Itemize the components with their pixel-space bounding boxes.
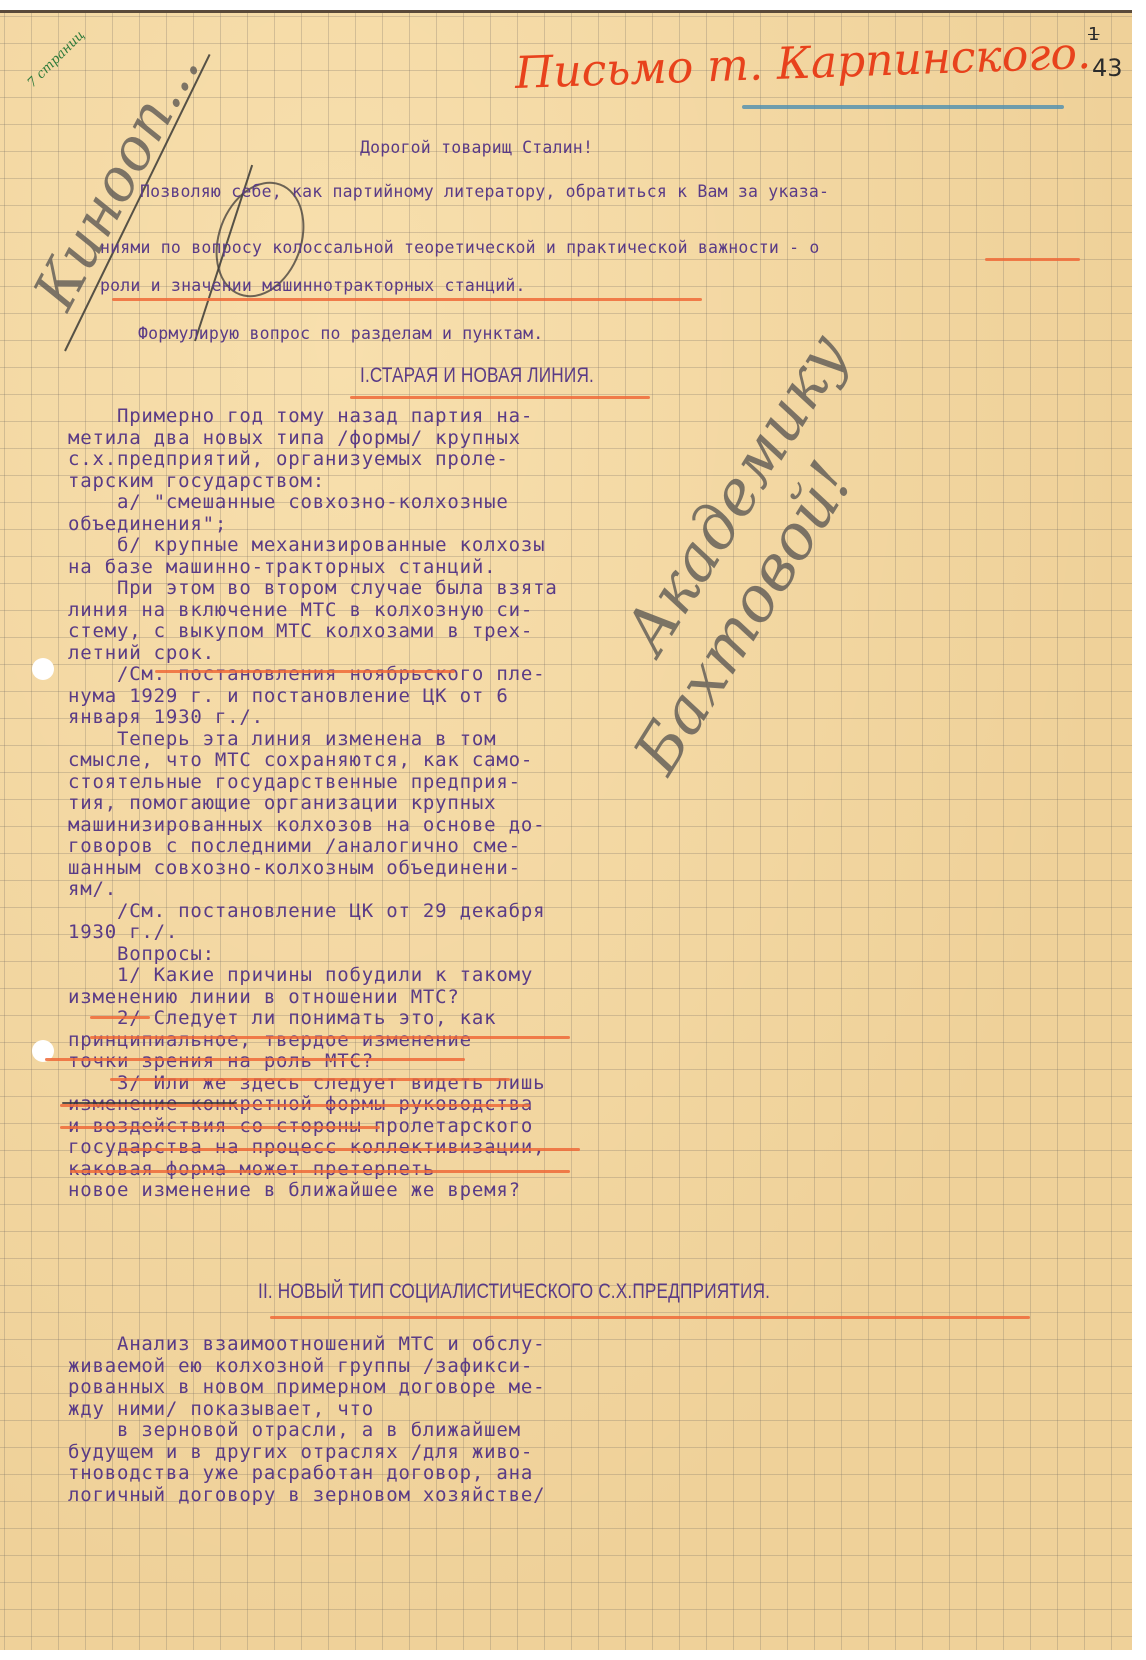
intro-line: Позволяю себе, как партийному литератору… <box>140 182 829 201</box>
document-page: 7 страниц Письмо т. Карпинского. 1 43 Ки… <box>0 10 1132 1650</box>
text-line: стоятельные государственные предприя- <box>68 772 558 794</box>
text-line: объединения"; <box>68 514 558 536</box>
text-line: При этом во втором случае была взята <box>68 578 558 600</box>
text-line: линия на включение МТС в колхозную си- <box>68 600 558 622</box>
text-line: летний срок. <box>68 643 558 665</box>
red-underline <box>350 396 650 399</box>
text-line: ям/. <box>68 879 558 901</box>
text-line: Теперь эта линия изменена в том <box>68 729 558 751</box>
section-1-body: Примерно год тому назад партия на- метил… <box>68 406 558 1202</box>
text-line: с.х.предприятий, организуемых проле- <box>68 449 558 471</box>
section-2-body: Анализ взаимоотношений МТС и обслу- жива… <box>68 1334 545 1506</box>
red-underline <box>985 258 1080 261</box>
punch-hole <box>32 658 54 680</box>
intro-line: роли и значении машиннотракторных станци… <box>100 276 526 295</box>
red-underline <box>120 1148 580 1151</box>
text-line: /См. постановления ноябрьского пле- <box>68 664 558 686</box>
text-line: метила два новых типа /формы/ крупных <box>68 428 558 450</box>
text-line: живаемой ею колхозной группы /зафикси- <box>68 1356 545 1378</box>
text-line: смысле, что МТС сохраняются, как само- <box>68 750 558 772</box>
text-line: изменению линии в отношении МТС? <box>68 987 558 1009</box>
text-line: а/ "смешанные совхозно-колхозные <box>68 492 558 514</box>
text-line: тия, помогающие организации крупных <box>68 793 558 815</box>
text-line: шанным совхозно-колхозным объединени- <box>68 858 558 880</box>
text-line: в зерновой отрасли, а в ближайшем <box>68 1420 545 1442</box>
text-line: тноводства уже расработан договор, ана <box>68 1463 545 1485</box>
red-underline <box>70 1170 570 1173</box>
text-line: принципиальное, твердое изменение <box>68 1030 558 1052</box>
text-line: стему, с выкупом МТС колхозами в трех- <box>68 621 558 643</box>
text-line: Анализ взаимоотношений МТС и обслу- <box>68 1334 545 1356</box>
text-line: новое изменение в ближайшее же время? <box>68 1180 558 1202</box>
text-line: 1/ Какие причины побудили к такому <box>68 965 558 987</box>
red-underline <box>45 1058 465 1061</box>
text-line: 1930 г./. <box>68 922 558 944</box>
red-underline <box>90 1016 150 1019</box>
header-annotation-red: Письмо т. Карпинского. <box>514 28 1092 99</box>
blue-underline <box>742 105 1064 109</box>
text-line: на базе машинно-тракторных станций. <box>68 557 558 579</box>
red-underline <box>270 1316 1030 1319</box>
text-line: будущем и в других отраслях /для живо- <box>68 1442 545 1464</box>
text-line: б/ крупные механизированные колхозы <box>68 535 558 557</box>
intro-line: ниями по вопросу колоссальной теоретичес… <box>100 238 820 257</box>
text-line: рованных в новом примерном договоре ме- <box>68 1377 545 1399</box>
salutation: Дорогой товарищ Сталин! <box>360 138 593 157</box>
section-1-title: I.СТАРАЯ И НОВАЯ ЛИНИЯ. <box>360 364 594 388</box>
text-line: Примерно год тому назад партия на- <box>68 406 558 428</box>
red-underline <box>60 1126 380 1129</box>
text-line: Вопросы: <box>68 944 558 966</box>
section-2-title: II. НОВЫЙ ТИП СОЦИАЛИСТИЧЕСКОГО С.Х.ПРЕД… <box>258 1280 770 1304</box>
page-number-crossed: 1 <box>1088 24 1099 45</box>
red-underline <box>60 1104 530 1107</box>
text-line: говоров с последними /аналогично сме- <box>68 836 558 858</box>
text-line: /См. постановление ЦК от 29 декабря <box>68 901 558 923</box>
red-underline <box>155 670 455 673</box>
text-line: жду ними/ показывает, что <box>68 1399 545 1421</box>
red-underline <box>110 1078 510 1081</box>
red-underline <box>112 298 702 301</box>
text-line: логичный договору в зерновом хозяйстве/ <box>68 1485 545 1507</box>
text-line: тарским государством: <box>68 471 558 493</box>
text-line: машинизированных колхозов на основе до- <box>68 815 558 837</box>
intro-line: Формулирую вопрос по разделам и пунктам. <box>138 324 543 343</box>
text-line: 3/ Или же здесь следует видеть лишь <box>68 1073 558 1095</box>
page-number: 43 <box>1092 54 1123 82</box>
text-line: нума 1929 г. и постановление ЦК от 6 <box>68 686 558 708</box>
red-underline <box>90 1036 570 1039</box>
margin-note-page-count: 7 страниц <box>25 28 88 91</box>
text-line: января 1930 г./. <box>68 707 558 729</box>
text-line: точки зрения на роль МТС? <box>68 1051 558 1073</box>
